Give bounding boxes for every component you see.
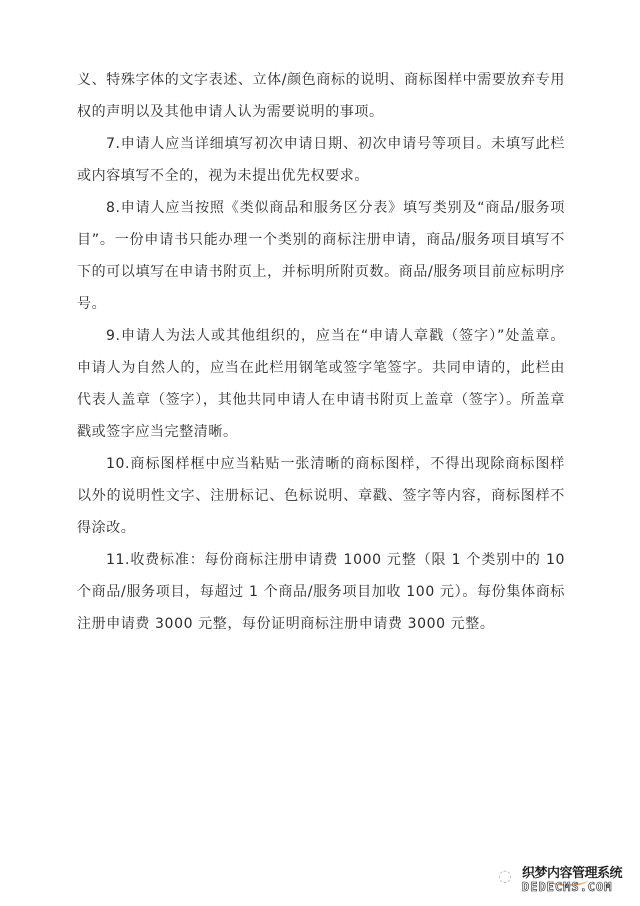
wechat-logo-icon: ◌ [498, 866, 520, 886]
paragraph-10: 10.商标图样框中应当粘贴一张清晰的商标图样，不得出现除商标图样以外的说明性文字… [77, 448, 565, 544]
paragraph-6-continued: 义、特殊字体的文字表述、立体/颜色商标的说明、商标图样中需要放弃专用权的声明以及… [77, 64, 565, 128]
paragraph-11: 11.收费标准：每份商标注册申请费 1000 元整（限 1 个类别中的 10 个… [77, 544, 565, 640]
watermark-cn-text: 织梦内容管理系统 [522, 862, 622, 881]
document-body: 义、特殊字体的文字表述、立体/颜色商标的说明、商标图样中需要放弃专用权的声明以及… [77, 64, 565, 640]
watermark-en-text: DEDECMS.COM [522, 880, 612, 894]
paragraph-8: 8.申请人应当按照《类似商品和服务区分表》填写类别及“商品/服务项目”。一份申请… [77, 192, 565, 320]
watermark: ◌ 织梦内容管理系统 DEDECMS.COM [520, 862, 638, 898]
paragraph-7: 7.申请人应当详细填写初次申请日期、初次申请号等项目。未填写此栏或内容填写不全的… [77, 128, 565, 192]
paragraph-9: 9.申请人为法人或其他组织的，应当在“申请人章戳（签字）”处盖章。申请人为自然人… [77, 320, 565, 448]
